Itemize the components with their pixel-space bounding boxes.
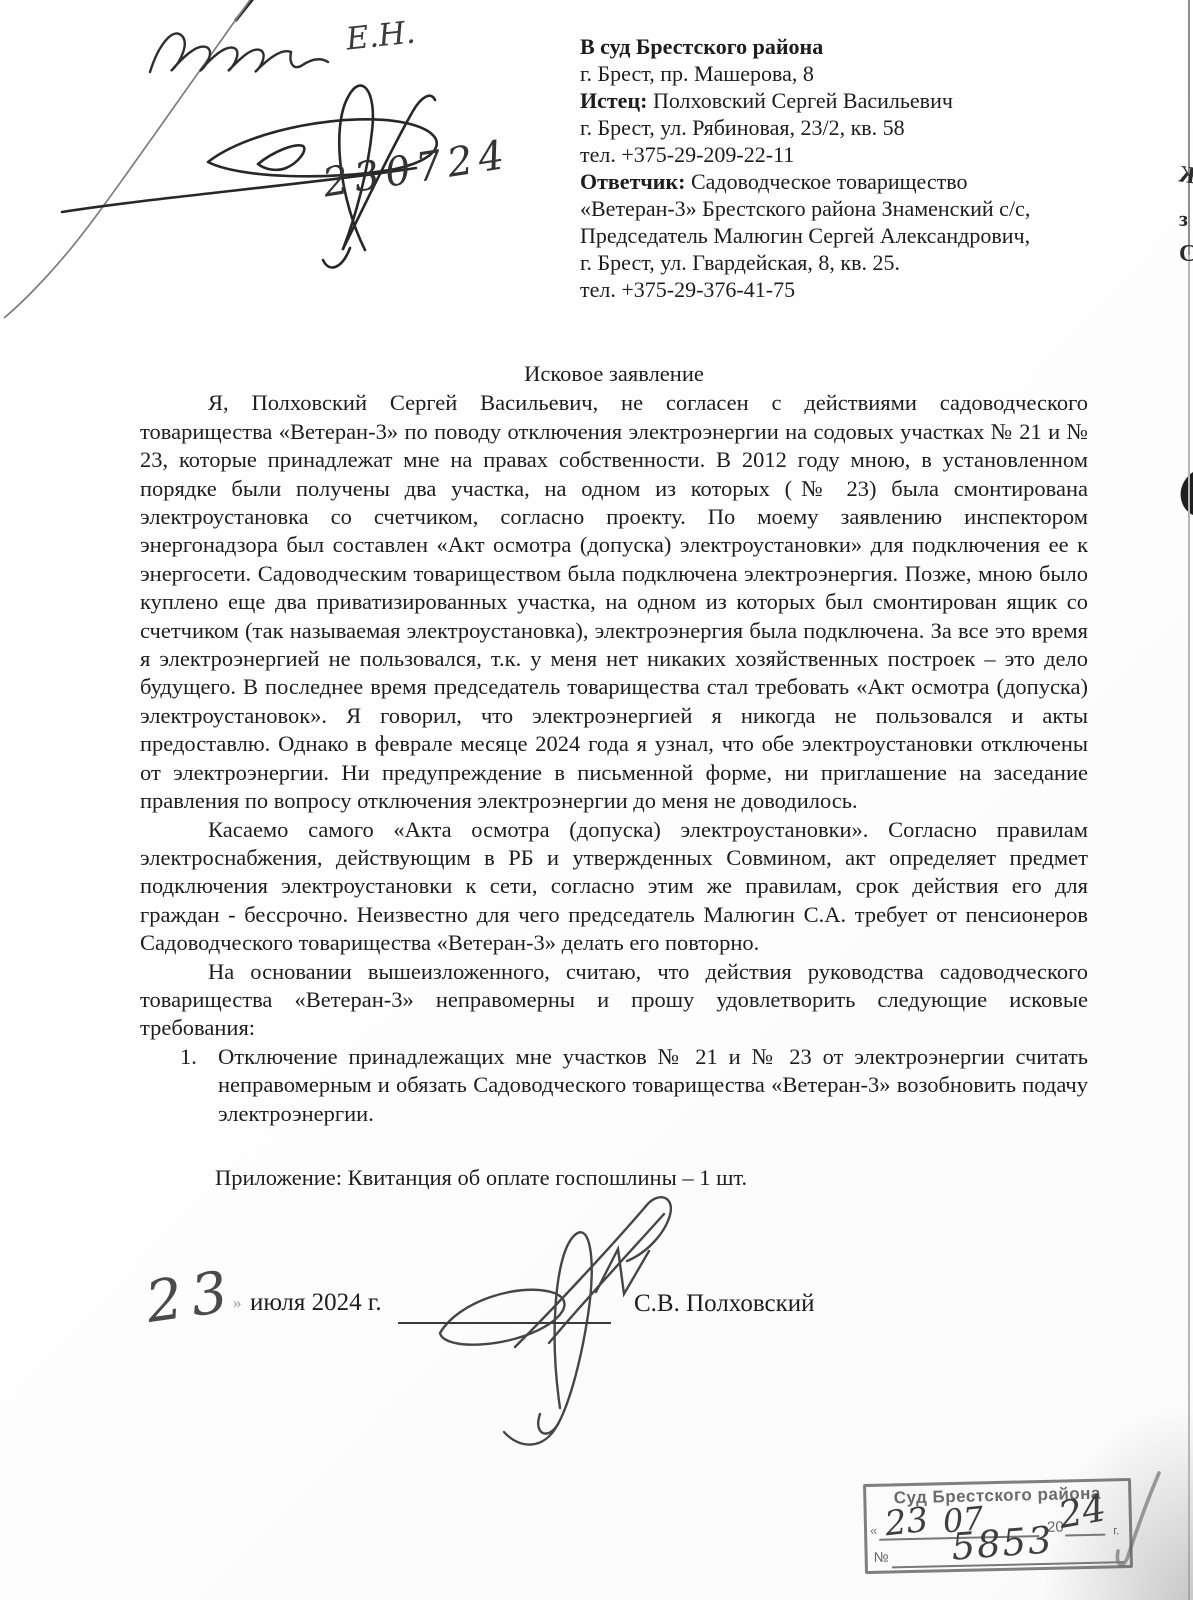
signer-name: С.В. Полховский [634,1290,815,1318]
annotation-initials: Е.Н. [344,14,417,57]
stamp-handwritten-day: 23 [883,1500,930,1545]
scanned-court-document: Ж з С Е.Н. 230724 В суд Брестского район… [0,0,1193,1600]
header-line-court: В суд Брестского района [580,33,1100,60]
date-quote-mark: » [233,1293,242,1313]
claim-text: Отключение принадлежащих мне участков № … [218,1044,1088,1126]
edge-text-fragment: С [1179,241,1193,268]
annotation-date: 230724 [320,132,514,207]
header-line-defendant: Ответчик: Садоводческое товарищество [580,168,1100,195]
header-line-defendant-phone: тел. +375-29-376-41-75 [580,276,1100,303]
paragraph-1: Я, Полховский Сергей Васильевич, не согл… [140,389,1088,815]
stamp-number-label: № [873,1548,888,1564]
document-body: Исковое заявление Я, Полховский Сергей В… [140,360,1088,1192]
header-line-plaintiff-phone: тел. +375-29-209-22-11 [580,141,1100,168]
stamp-year-suffix: г. [1113,1523,1120,1537]
handwritten-day: 23 [142,1258,241,1336]
document-title: Исковое заявление [140,360,1088,388]
header-line-defendant-2: «Ветеран-3» Брестского района Знаменский… [580,195,1100,222]
stamp-handwritten-number: 5853 [950,1518,1055,1569]
header-line-defendant-address: г. Брест, ул. Гвардейская, 8, кв. 25. [580,249,1100,276]
claim-item: 1. Отключение принадлежащих мне участков… [140,1043,1088,1128]
header-line-defendant-chair: Председатель Малюгин Сергей Александрови… [580,222,1100,249]
header-line-plaintiff-address: г. Брест, ул. Рябиновая, 23/2, кв. 58 [580,114,1100,141]
edge-text-fragment: з [1179,206,1188,232]
attachment-line: Приложение: Квитанция об оплате госпошли… [140,1164,1088,1192]
court-header: В суд Брестского района г. Брест, пр. Ма… [580,33,1100,303]
stamp-open-quote: « [870,1523,878,1538]
date-text: июля 2024 г. [250,1289,382,1317]
scan-edge-line-dark [1188,0,1190,255]
court-stamp: Суд Брестского района « 20 г. № 23 07 24… [863,1478,1133,1574]
paragraph-2: Касаемо самого «Акта осмотра (допуска) э… [140,816,1088,958]
edge-text-fragment: Ж [1177,161,1193,191]
paragraph-3: На основании вышеизложенного, считаю, чт… [140,958,1088,1043]
edge-ink-blob [1181,472,1193,515]
signature-line [398,1301,611,1324]
page-crease-line [4,0,252,318]
claims-list: 1. Отключение принадлежащих мне участков… [140,1043,1088,1128]
stamp-handwritten-year: 24 [1055,1486,1109,1537]
claim-number: 1. [180,1043,197,1071]
top-annotation-scribble [150,33,328,72]
header-line-court-address: г. Брест, пр. Машерова, 8 [580,60,1100,87]
header-line-plaintiff: Истец: Полховский Сергей Васильевич [580,87,1100,114]
